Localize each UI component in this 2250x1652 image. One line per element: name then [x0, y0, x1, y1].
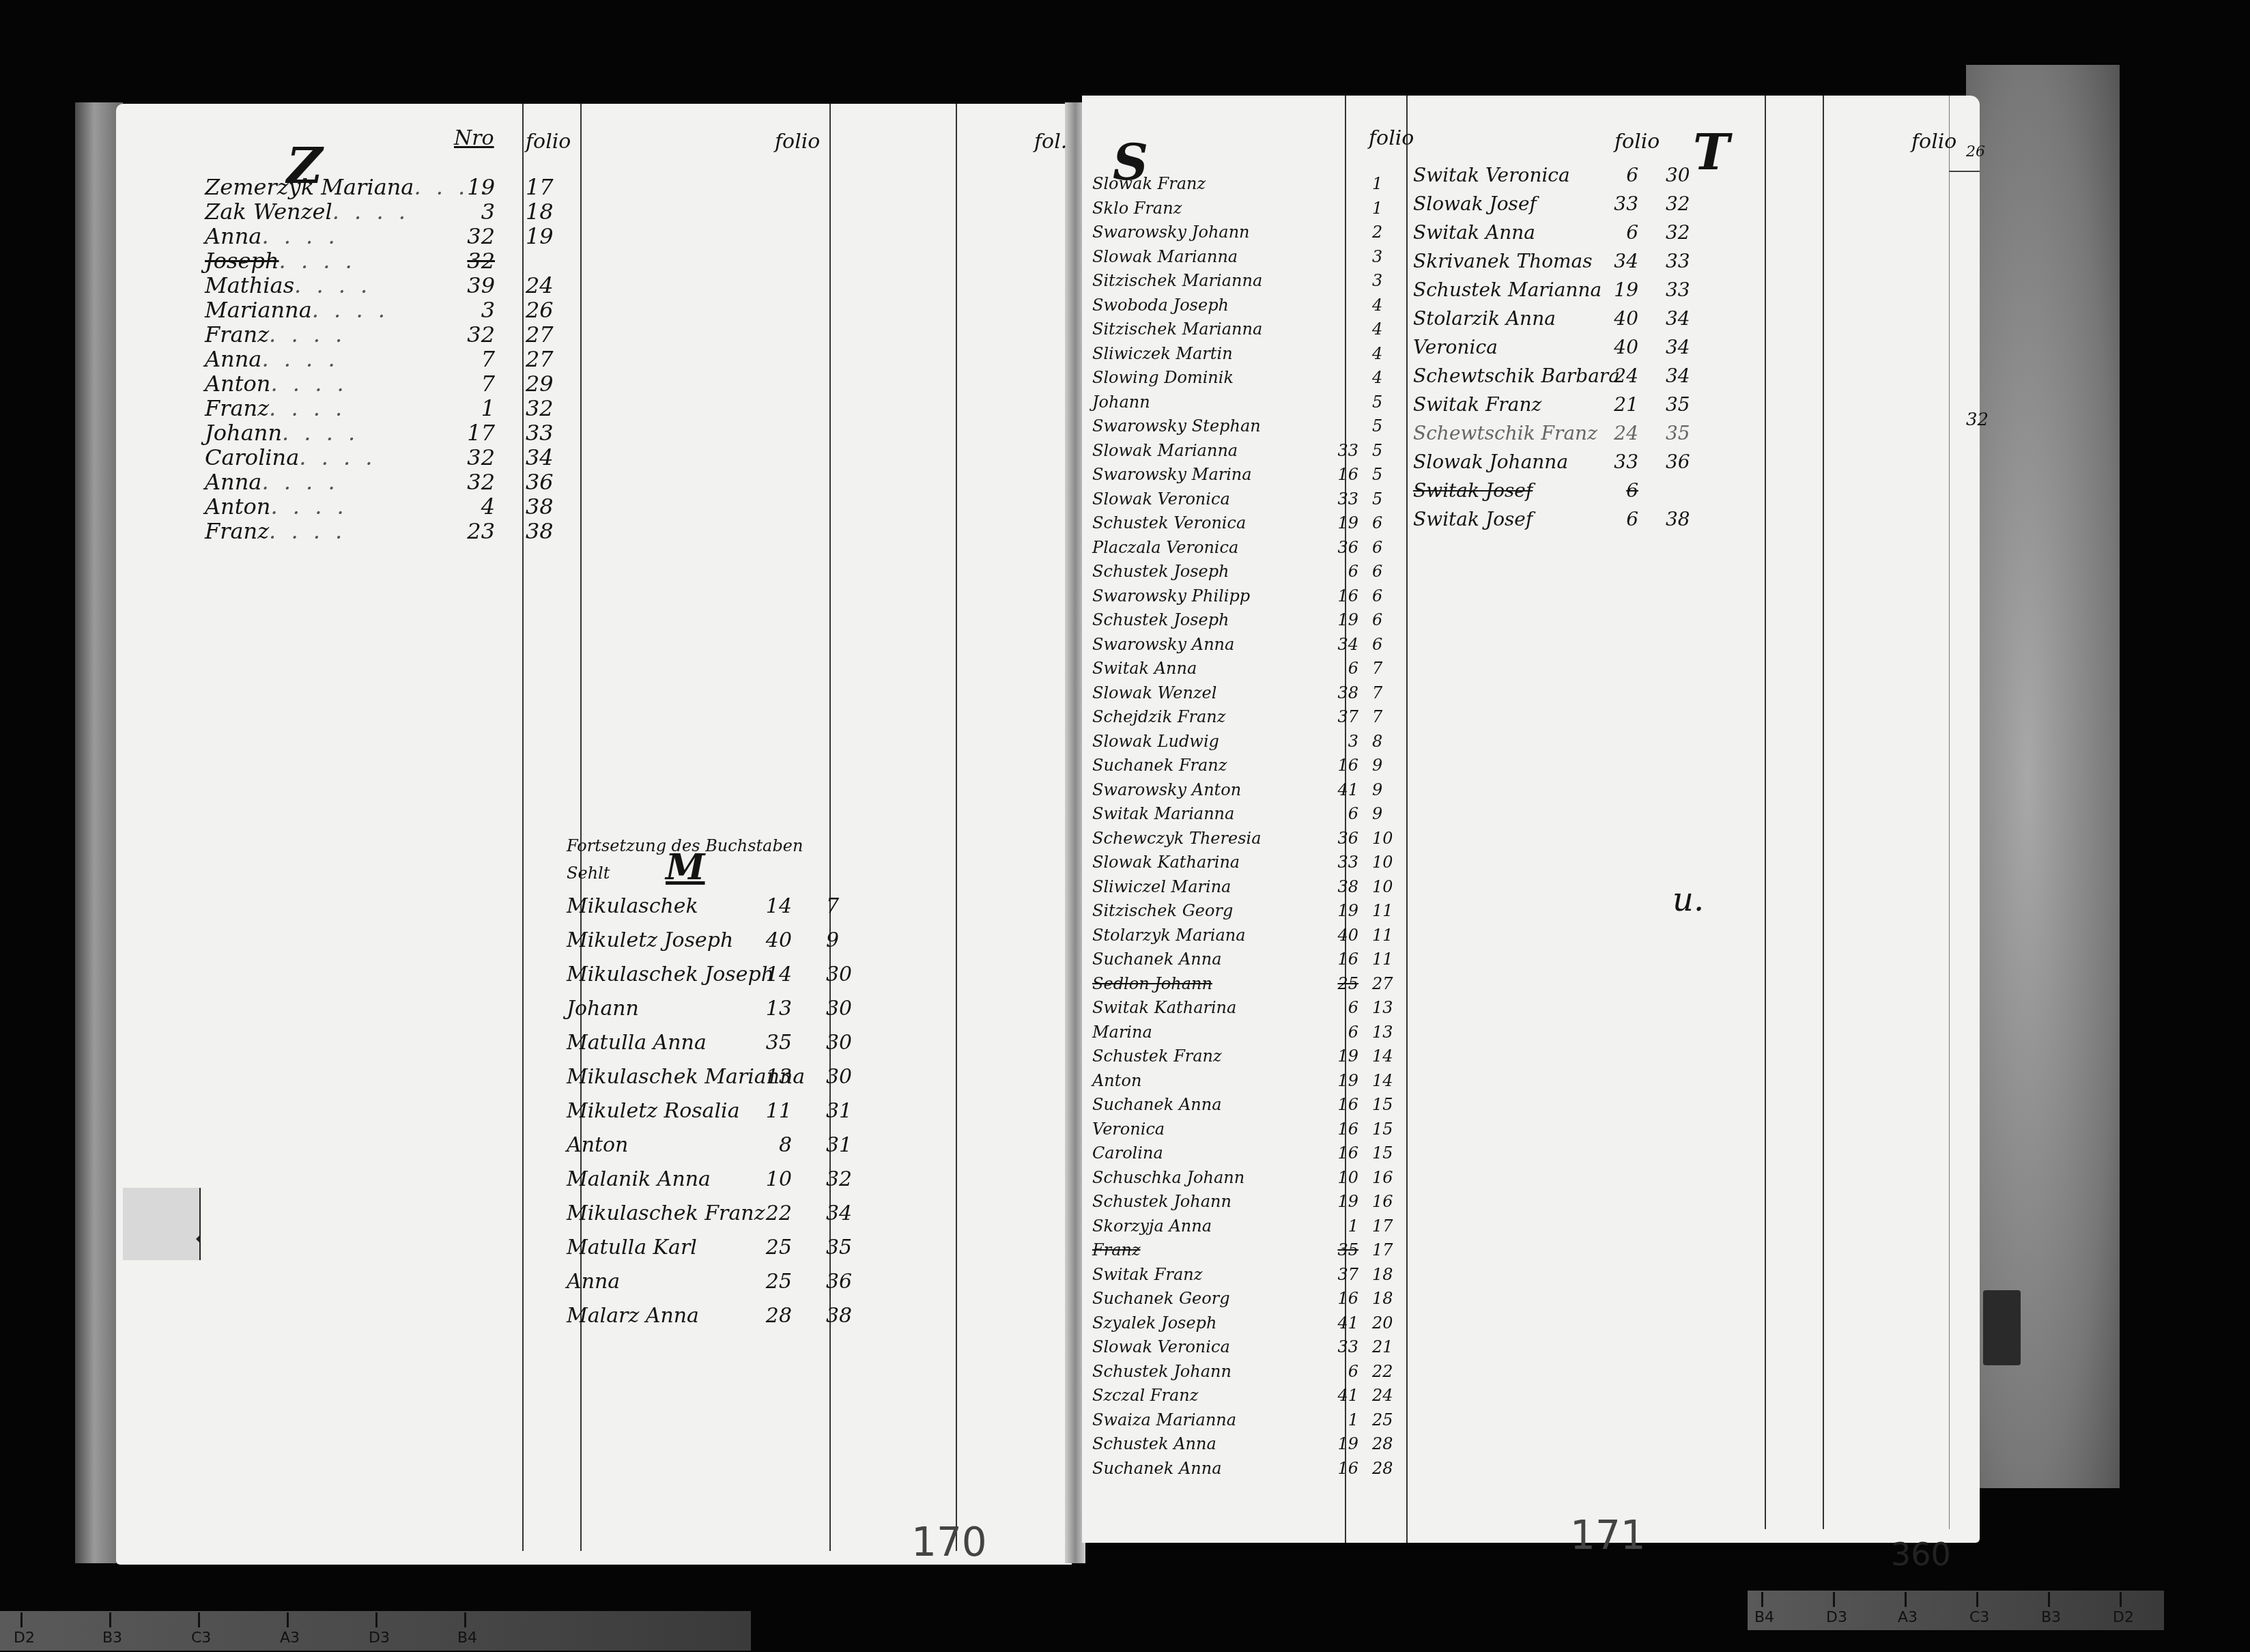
entry-folio: 31 [826, 1099, 852, 1123]
index-entry: Skrivanek Thomas3433 [1413, 250, 1593, 272]
entry-folio: 10 [1372, 853, 1393, 872]
entry-number: 33 [1318, 441, 1358, 460]
entry-number: 33 [1318, 1337, 1358, 1356]
entry-number: 6 [1318, 659, 1358, 678]
index-entry: Suchanek Georg1618 [1092, 1289, 1230, 1308]
entry-name: Slowak Marianna [1092, 247, 1238, 266]
leader-dots: . . . . [270, 494, 347, 519]
header-folio-s: folio [1369, 126, 1414, 150]
entry-number: 40 [751, 928, 792, 952]
entry-folio: 4 [1372, 296, 1382, 315]
entry-name: Zak Wenzel [205, 199, 332, 225]
entry-number: 21 [1597, 393, 1638, 416]
index-entry: Slowak Franz1 [1092, 174, 1206, 193]
entry-name: Schustek Veronica [1092, 513, 1246, 532]
entry-number: 19 [1318, 1071, 1358, 1090]
entry-folio: 26 [526, 297, 554, 323]
index-entry: Sedlon Johann2527 [1092, 974, 1212, 993]
entry-name: Suchanek Franz [1092, 756, 1227, 775]
entry-folio: 5 [1372, 441, 1382, 460]
page-tab [123, 1188, 201, 1260]
entry-folio: 18 [1372, 1289, 1393, 1308]
entry-number: 6 [1597, 221, 1638, 244]
entry-name: Anton [567, 1133, 628, 1157]
entry-folio: 20 [1372, 1313, 1393, 1333]
entry-folio: 27 [526, 322, 554, 347]
index-entry: Slowak Ludwig38 [1092, 732, 1219, 751]
ruler-tick [109, 1612, 111, 1627]
index-entry: Schewtschik Barbara2434 [1413, 365, 1620, 387]
index-entry: Switak Franz3718 [1092, 1265, 1202, 1284]
ruler-label: A3 [280, 1629, 300, 1647]
entry-number: 6 [1318, 1362, 1358, 1381]
leader-dots: . . . . [269, 518, 346, 544]
entry-number: 16 [1318, 756, 1358, 775]
index-entry: Swarowsky Philipp166 [1092, 586, 1250, 606]
entry-number: 16 [1318, 465, 1358, 484]
entry-number: 40 [1597, 307, 1638, 330]
entry-name: Switak Veronica [1413, 164, 1570, 186]
index-entry: Anna2536 [567, 1270, 620, 1294]
entry-folio: 17 [1372, 1216, 1393, 1236]
entry-folio: 30 [1666, 164, 1690, 186]
entry-folio: 19 [526, 223, 554, 249]
entry-name: Sliwiczek Martin [1092, 344, 1233, 363]
index-entry: Franz3517 [1092, 1240, 1141, 1259]
entry-name: Swarowsky Anton [1092, 780, 1241, 799]
index-entry: Johann5 [1092, 393, 1150, 412]
entry-folio: 30 [826, 997, 852, 1021]
entry-name: Slowing Dominik [1092, 368, 1234, 387]
index-entry: Switak Josef6 [1413, 479, 1533, 502]
index-entry: Swoboda Joseph4 [1092, 296, 1229, 315]
entry-number: 19 [1597, 279, 1638, 301]
index-entry: Carolina1615 [1092, 1143, 1163, 1163]
entry-folio: 24 [526, 272, 554, 298]
entry-number: 19 [1318, 1434, 1358, 1453]
entry-folio: 35 [1666, 393, 1690, 416]
edge-mark: 32 [1966, 410, 1989, 430]
entry-folio: 29 [526, 371, 554, 397]
entry-name: Swaiza Marianna [1092, 1410, 1236, 1429]
entry-number: 22 [751, 1201, 792, 1225]
entry-name: Franz [205, 322, 269, 347]
entry-folio: 17 [1372, 1240, 1393, 1259]
entry-number: 17 [454, 420, 495, 446]
entry-number: 32 [454, 469, 495, 495]
entry-name: Mikuletz Rosalia [567, 1099, 740, 1123]
entry-number: 24 [1597, 365, 1638, 387]
entry-number: 16 [1318, 1289, 1358, 1308]
entry-folio: 13 [1372, 1023, 1393, 1042]
entry-folio: 5 [1372, 489, 1382, 509]
entry-number: 25 [1318, 974, 1358, 993]
index-entry: Schustek Johann622 [1092, 1362, 1231, 1381]
entry-number: 6 [1597, 508, 1638, 530]
entry-folio: 24 [1372, 1386, 1393, 1405]
index-entry: Schustek Joseph66 [1092, 562, 1229, 581]
margin-mark: u. [1672, 881, 1704, 919]
index-entry: Schewczyk Theresia3610 [1092, 829, 1262, 848]
entry-folio: 1 [1372, 174, 1382, 193]
index-entry: Szczal Franz4124 [1092, 1386, 1198, 1405]
entry-name: Slowak Johanna [1413, 451, 1568, 473]
entry-number: 33 [1318, 489, 1358, 509]
entry-name: Szczal Franz [1092, 1386, 1198, 1405]
ruler-label: A3 [1898, 1609, 1918, 1626]
entry-folio: 4 [1372, 319, 1382, 339]
entry-number: 19 [1318, 610, 1358, 629]
entry-folio: 2 [1372, 223, 1382, 242]
index-entry: Johann . . . .1733 [205, 420, 359, 446]
index-entry: Matulla Karl2535 [567, 1236, 697, 1259]
ruler-label: D2 [14, 1629, 35, 1647]
ruler-label: B4 [1754, 1609, 1774, 1626]
column-rule [1949, 96, 1950, 1529]
entry-name: Franz [205, 395, 269, 421]
entry-folio: 10 [1372, 877, 1393, 896]
leader-dots: . . . . [269, 395, 346, 421]
entry-folio: 4 [1372, 368, 1382, 387]
index-entry: Slowak Johanna3336 [1413, 451, 1568, 473]
entry-name: Johann [205, 420, 282, 446]
leader-dots: . . . . [261, 469, 339, 495]
header-folio-far: fol. [1034, 130, 1067, 154]
index-entry: Mikulaschek147 [567, 894, 698, 918]
ruler-label: C3 [191, 1629, 211, 1647]
entry-name: Johann [567, 997, 639, 1021]
index-entry: Franz . . . .2338 [205, 518, 346, 544]
ruler-label: D3 [369, 1629, 390, 1647]
entry-folio: 11 [1372, 950, 1393, 969]
entry-name: Slowak Katharina [1092, 853, 1240, 872]
leader-dots: . . . . [332, 199, 410, 225]
entry-name: Sedlon Johann [1092, 974, 1212, 993]
entry-number: 38 [1318, 683, 1358, 702]
entry-number: 41 [1318, 1386, 1358, 1405]
entry-folio: 27 [526, 346, 554, 372]
index-entry: Slowak Katharina3310 [1092, 853, 1240, 872]
color-scale-ruler-left: D2B3C3A3D3B4 [0, 1611, 751, 1651]
leader-dots: . . . . [312, 297, 389, 323]
entry-folio: 32 [826, 1167, 852, 1191]
entry-folio: 6 [1372, 513, 1382, 532]
entry-name: Veronica [1413, 336, 1498, 358]
binding-clip [1983, 1290, 2021, 1365]
entry-folio: 35 [1666, 422, 1690, 444]
entry-folio: 35 [826, 1236, 852, 1259]
index-entry: Mikulaschek Franz2234 [567, 1201, 765, 1225]
entry-number: 19 [1318, 513, 1358, 532]
entry-number: 3 [454, 297, 495, 323]
entry-number: 19 [1318, 1192, 1358, 1211]
entry-number: 19 [454, 174, 495, 200]
entry-folio: 30 [826, 1065, 852, 1089]
entry-folio: 38 [526, 518, 554, 544]
entry-number: 13 [751, 1065, 792, 1089]
entry-folio: 5 [1372, 416, 1382, 436]
entry-number: 40 [1597, 336, 1638, 358]
index-entry: Veronica1615 [1092, 1120, 1165, 1139]
index-entry: Sliwiczek Martin4 [1092, 344, 1233, 363]
entry-folio: 25 [1372, 1410, 1393, 1429]
index-entry: Suchanek Anna1611 [1092, 950, 1222, 969]
header-folio: folio [526, 130, 571, 154]
leader-dots: . . . . [299, 444, 376, 470]
column-rule [1765, 96, 1766, 1529]
entry-number: 25 [751, 1236, 792, 1259]
book-cover-right [1966, 65, 2120, 1488]
entry-number: 1 [454, 395, 495, 421]
entry-number: 39 [454, 272, 495, 298]
index-entry: Swarowsky Stephan5 [1092, 416, 1261, 436]
entry-folio: 27 [1372, 974, 1393, 993]
entry-folio: 34 [1666, 307, 1690, 330]
entry-number: 6 [1597, 164, 1638, 186]
entry-folio: 30 [826, 963, 852, 986]
index-entry: Anton . . . .729 [205, 371, 348, 397]
entry-folio: 31 [826, 1133, 852, 1157]
entry-folio: 6 [1372, 562, 1382, 581]
ruler-label: D2 [2113, 1609, 2134, 1626]
index-entry: Mikulaschek Joseph1430 [567, 963, 774, 986]
index-entry: Switak Franz2135 [1413, 393, 1541, 416]
entry-name: Malanik Anna [567, 1167, 711, 1191]
entry-name: Sklo Franz [1092, 199, 1182, 218]
index-entry: Placzala Veronica366 [1092, 538, 1238, 557]
entry-name: Anna [205, 223, 261, 249]
index-entry: Schustek Veronica196 [1092, 513, 1246, 532]
entry-name: Switak Franz [1092, 1265, 1202, 1284]
entry-folio: 32 [1666, 193, 1690, 215]
entry-name: Switak Franz [1413, 393, 1541, 416]
entry-name: Szyalek Joseph [1092, 1313, 1216, 1333]
entry-name: Sliwiczel Marina [1092, 877, 1231, 896]
ruler-tick [2048, 1592, 2050, 1607]
index-entry: Slowak Wenzel387 [1092, 683, 1216, 702]
entry-number: 1 [1318, 1216, 1358, 1236]
entry-name: Anton [1092, 1071, 1141, 1090]
entry-number: 7 [454, 346, 495, 372]
subsection-letter-m: M [666, 846, 705, 888]
entry-number: 24 [1597, 422, 1638, 444]
entry-name: Mikuletz Joseph [567, 928, 733, 952]
entry-number: 33 [1597, 451, 1638, 473]
index-entry: Marina613 [1092, 1023, 1152, 1042]
entry-number: 35 [751, 1031, 792, 1055]
entry-folio: 6 [1372, 538, 1382, 557]
entry-name: Anton [205, 494, 270, 519]
entry-folio: 6 [1372, 610, 1382, 629]
header-number: Nro [454, 126, 494, 150]
entry-folio: 33 [1666, 250, 1690, 272]
entry-number: 19 [1318, 901, 1358, 920]
index-entry: Slowing Dominik4 [1092, 368, 1234, 387]
index-entry: Switak Anna67 [1092, 659, 1197, 678]
ruler-tick [464, 1612, 466, 1627]
entry-folio: 18 [526, 199, 554, 225]
entry-folio: 15 [1372, 1143, 1393, 1163]
index-entry: Johann1330 [567, 997, 639, 1021]
entry-folio: 33 [526, 420, 554, 446]
index-entry: Swaiza Marianna125 [1092, 1410, 1236, 1429]
index-entry: Schustek Franz1914 [1092, 1046, 1222, 1066]
entry-folio: 32 [526, 395, 554, 421]
entry-number: 10 [751, 1167, 792, 1191]
index-entry: Matulla Anna3530 [567, 1031, 707, 1055]
index-entry: Mikuletz Joseph409 [567, 928, 733, 952]
entry-folio: 5 [1372, 465, 1382, 484]
entry-folio: 34 [526, 444, 554, 470]
entry-folio: 32 [1666, 221, 1690, 244]
index-entry: Suchanek Franz169 [1092, 756, 1227, 775]
entry-name: Slowak Josef [1413, 193, 1537, 215]
index-entry: Carolina . . . .3234 [205, 444, 376, 470]
entry-folio: 38 [526, 494, 554, 519]
entry-name: Schustek Johann [1092, 1192, 1231, 1211]
ruler-tick [20, 1612, 23, 1627]
index-entry: Szyalek Joseph4120 [1092, 1313, 1216, 1333]
entry-name: Matulla Karl [567, 1236, 697, 1259]
index-entry: Switak Marianna69 [1092, 804, 1234, 823]
index-entry: Marianna . . . .326 [205, 297, 389, 323]
ruler-tick [198, 1612, 200, 1627]
index-entry: Zemerzyk Mariana . . . .1917 [205, 174, 492, 200]
ruler-tick [1833, 1592, 1835, 1607]
entry-folio: 1 [1372, 199, 1382, 218]
entry-name: Suchanek Georg [1092, 1289, 1230, 1308]
entry-name: Switak Anna [1092, 659, 1197, 678]
index-entry: Schewtschik Franz2435 [1413, 422, 1597, 444]
entry-number: 16 [1318, 1143, 1358, 1163]
entry-name: Schustek Franz [1092, 1046, 1222, 1066]
entry-name: Matulla Anna [567, 1031, 707, 1055]
entry-name: Skorzyja Anna [1092, 1216, 1212, 1236]
page-number-right: 171 [1570, 1512, 1646, 1558]
entry-folio: 22 [1372, 1362, 1393, 1381]
subsection-subheading: Sehlt [567, 864, 610, 883]
index-entry: Sliwiczel Marina3810 [1092, 877, 1231, 896]
entry-name: Johann [1092, 393, 1150, 412]
entry-name: Carolina [205, 444, 299, 470]
index-entry: Stolarzik Anna4034 [1413, 307, 1556, 330]
entry-folio: 14 [1372, 1071, 1393, 1090]
entry-name: Schuschka Johann [1092, 1168, 1244, 1187]
entry-folio: 36 [1666, 451, 1690, 473]
entry-name: Schustek Marianna [1413, 279, 1601, 301]
entry-name: Carolina [1092, 1143, 1163, 1163]
index-entry: Switak Josef638 [1413, 508, 1533, 530]
entry-name: Placzala Veronica [1092, 538, 1238, 557]
entry-number: 25 [751, 1270, 792, 1294]
entry-name: Joseph [205, 248, 279, 274]
index-entry: Switak Katharina613 [1092, 998, 1236, 1017]
entry-folio: 16 [1372, 1192, 1393, 1211]
entry-name: Switak Josef [1413, 479, 1533, 502]
entry-folio: 9 [1372, 804, 1382, 823]
leader-dots: . . . . [261, 346, 339, 372]
entry-number: 10 [1318, 1168, 1358, 1187]
entry-number: 37 [1318, 1265, 1358, 1284]
margin-line [1949, 171, 1980, 172]
leader-dots: . . . . [282, 420, 359, 446]
entry-folio: 34 [826, 1201, 852, 1225]
entry-name: Schewtschik Franz [1413, 422, 1597, 444]
leader-dots: . . . . [261, 223, 339, 249]
index-entry: Slowak Marianna335 [1092, 441, 1238, 460]
entry-folio: 38 [826, 1304, 852, 1328]
index-entry: Suchanek Anna1615 [1092, 1095, 1222, 1114]
index-entry: Franz . . . .132 [205, 395, 346, 421]
entry-name: Slowak Ludwig [1092, 732, 1219, 751]
index-entry: Anton831 [567, 1133, 628, 1157]
entry-name: Schewczyk Theresia [1092, 829, 1262, 848]
entry-folio: 36 [826, 1270, 852, 1294]
entry-name: Swarowsky Johann [1092, 223, 1250, 242]
entry-number: 6 [1318, 562, 1358, 581]
entry-number: 16 [1318, 586, 1358, 606]
ruler-label: C3 [1969, 1609, 1989, 1626]
index-entry: Mikulaschek Marianna1330 [567, 1065, 805, 1089]
entry-name: Suchanek Anna [1092, 1459, 1222, 1478]
entry-name: Slowak Franz [1092, 174, 1206, 193]
index-entry: Anton1914 [1092, 1071, 1141, 1090]
ruler-label: B3 [102, 1629, 122, 1647]
entry-number: 6 [1318, 1023, 1358, 1042]
entry-number: 8 [751, 1133, 792, 1157]
entry-name: Veronica [1092, 1120, 1165, 1139]
entry-number: 13 [751, 997, 792, 1021]
entry-number: 35 [1318, 1240, 1358, 1259]
entry-name: Schustek Johann [1092, 1362, 1231, 1381]
index-entry: Swarowsky Marina165 [1092, 465, 1252, 484]
column-rule [522, 104, 524, 1551]
entry-number: 16 [1318, 950, 1358, 969]
entry-name: Sitzischek Georg [1092, 901, 1233, 920]
index-entry: Anna . . . .3219 [205, 223, 339, 249]
ruler-label: D3 [1826, 1609, 1847, 1626]
entry-number: 6 [1597, 479, 1638, 502]
entry-name: Mathias [205, 272, 294, 298]
index-entry: Malanik Anna1032 [567, 1167, 711, 1191]
entry-folio: 11 [1372, 926, 1393, 945]
entry-number: 32 [454, 223, 495, 249]
entry-name: Stolarzik Anna [1413, 307, 1556, 330]
ruler-label: B3 [2041, 1609, 2061, 1626]
index-entry: Malarz Anna2838 [567, 1304, 699, 1328]
entry-folio: 6 [1372, 635, 1382, 654]
entry-name: Mikulaschek Joseph [567, 963, 774, 986]
entry-name: Schewtschik Barbara [1413, 365, 1620, 387]
entry-number: 16 [1318, 1120, 1358, 1139]
entry-folio: 30 [826, 1031, 852, 1055]
entry-name: Marianna [205, 297, 312, 323]
index-entry: Schustek Johann1916 [1092, 1192, 1231, 1211]
entry-folio: 15 [1372, 1095, 1393, 1114]
index-entry: Switak Veronica630 [1413, 164, 1570, 186]
edge-mark: 26 [1966, 143, 1985, 160]
entry-name: Slowak Marianna [1092, 441, 1238, 460]
index-entry: Swarowsky Johann2 [1092, 223, 1250, 242]
entry-number: 32 [454, 322, 495, 347]
entry-folio: 6 [1372, 586, 1382, 606]
entry-folio: 4 [1372, 344, 1382, 363]
index-entry: Mikuletz Rosalia1131 [567, 1099, 740, 1123]
entry-name: Mikulaschek [567, 894, 698, 918]
entry-name: Schustek Anna [1092, 1434, 1216, 1453]
entry-folio: 18 [1372, 1265, 1393, 1284]
ruler-label: B4 [457, 1629, 477, 1647]
